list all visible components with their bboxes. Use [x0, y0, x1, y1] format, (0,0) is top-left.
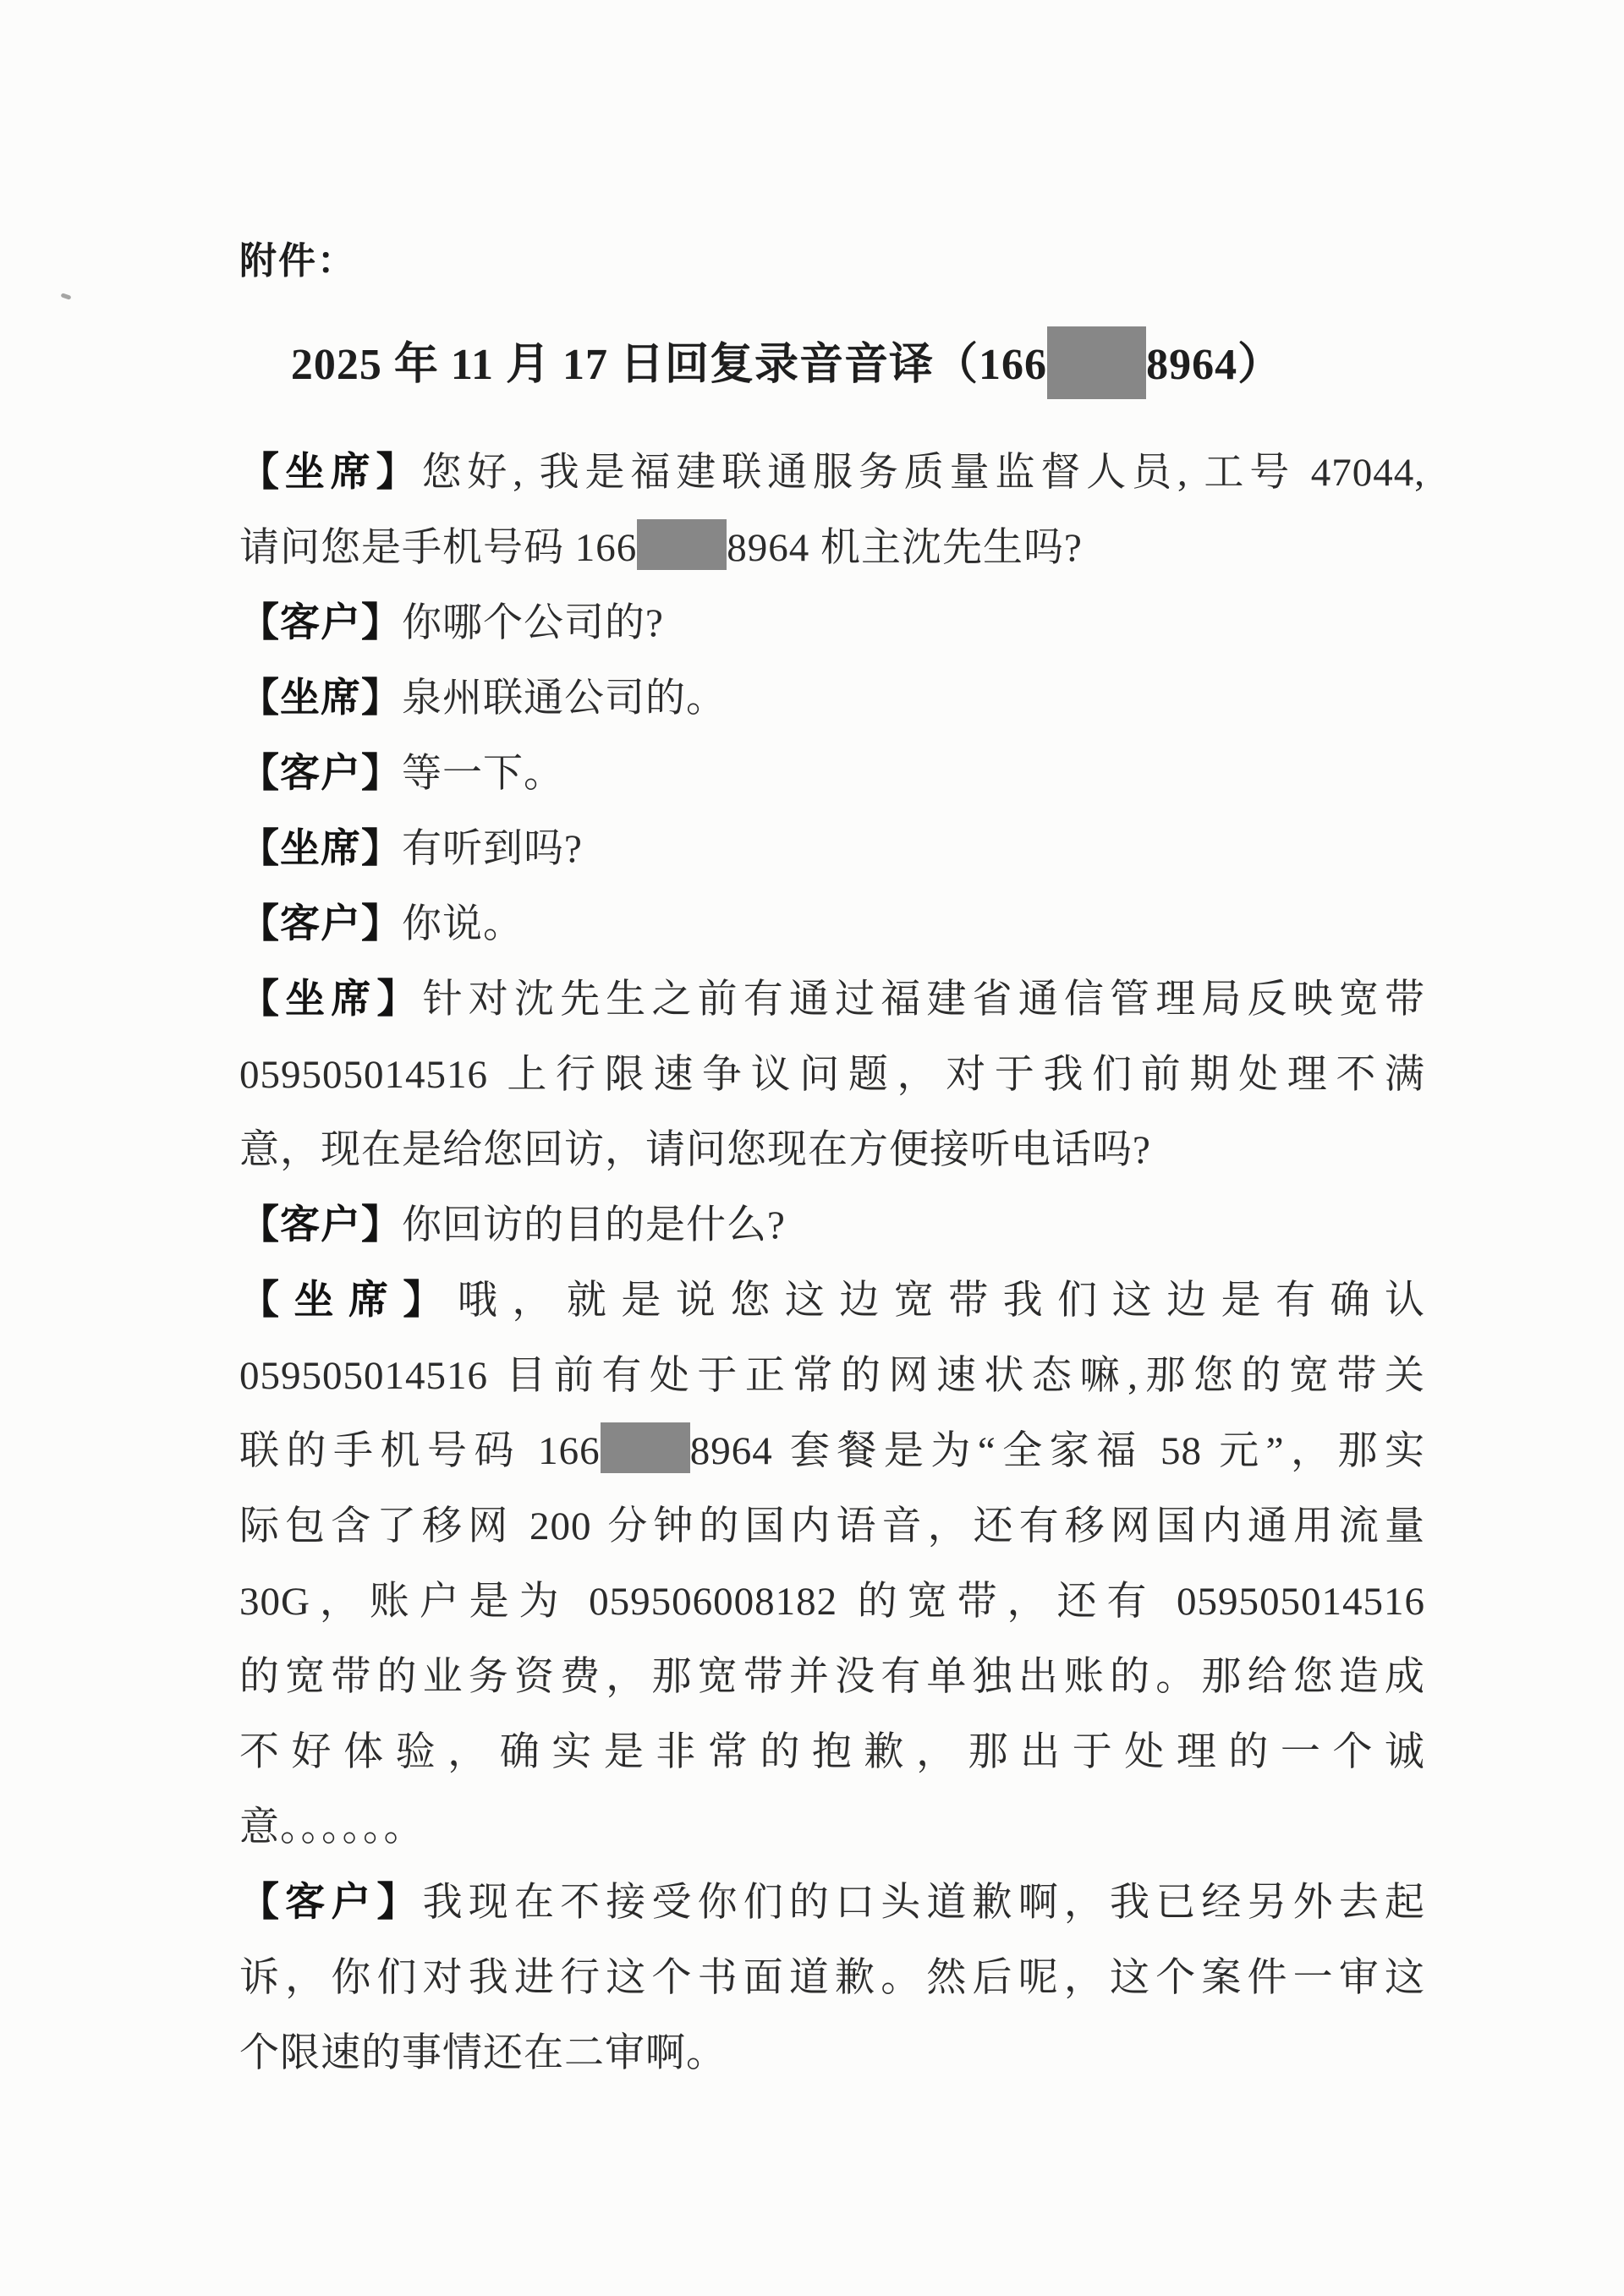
- transcript-line: 059505014516 目前有处于正常的网速状态嘛,那您的宽带关: [239, 1339, 1425, 1414]
- transcript-line: 请问您是手机号码 1668964 机主沈先生吗?: [239, 511, 1425, 586]
- transcript-line: 际包含了移网 200 分钟的国内语音，还有移网国内通用流量: [239, 1489, 1425, 1564]
- transcript-line: 【坐席】泉州联通公司的。: [239, 661, 1425, 737]
- speaker-label: 【客户】: [239, 902, 402, 946]
- transcript-line: 【坐席】有听到吗?: [239, 812, 1425, 887]
- document-title: 2025 年 11 月 17 日回复录音音译（1668964）: [169, 326, 1404, 404]
- transcript-text: 际包含了移网 200 分钟的国内语音，还有移网国内通用流量: [239, 1504, 1425, 1548]
- transcript-text: 8964 机主沈先生吗?: [727, 526, 1083, 570]
- transcript-lines: 【坐席】您好, 我是福建联通服务质量监督人员, 工号 47044,请问您是手机号…: [239, 436, 1425, 2091]
- transcript-text: 针对沈先生之前有通过福建省通信管理局反映宽带: [423, 978, 1425, 1022]
- transcript-line: 【客户】等一下。: [239, 737, 1425, 812]
- transcript-text: 您好, 我是福建联通服务质量监督人员, 工号 47044,: [422, 451, 1425, 495]
- transcript-line: 不好体验，确实是非常的抱歉，那出于处理的一个诚: [239, 1715, 1425, 1790]
- transcript-text: 你哪个公司的?: [402, 601, 664, 645]
- transcript-text: 的宽带的业务资费，那宽带并没有单独出账的。那给您造成: [239, 1655, 1425, 1699]
- transcript-text: 059505014516 目前有处于正常的网速状态嘛,那您的宽带关: [239, 1354, 1425, 1398]
- title-text-before-redaction: 2025 年 11 月 17 日回复录音音译（166: [291, 341, 1047, 389]
- transcript-line: 30G，账户是为 059506008182 的宽带，还有 05950501451…: [239, 1564, 1425, 1640]
- speaker-label: 【客户】: [239, 752, 402, 796]
- transcript-line: 059505014516 上行限速争议问题，对于我们前期处理不满: [239, 1038, 1425, 1113]
- speaker-label: 【坐席】: [239, 1279, 458, 1323]
- transcript-line: 【客户】你回访的目的是什么?: [239, 1188, 1425, 1263]
- scan-artifact-dot: [61, 293, 72, 299]
- transcript-text: 意，现在是给您回访，请问您现在方便接听电话吗?: [239, 1128, 1151, 1172]
- title-text-after-redaction: 8964）: [1146, 341, 1282, 389]
- transcript-line: 【客户】你哪个公司的?: [239, 586, 1425, 661]
- transcript-text: 联的手机号码 166: [239, 1429, 601, 1473]
- speaker-label: 【客户】: [239, 601, 402, 645]
- transcript-text: 诉，你们对我进行这个书面道歉。然后呢，这个案件一审这: [239, 1956, 1425, 2000]
- redaction-box: [601, 1422, 690, 1473]
- transcript-line: 【坐席】针对沈先生之前有通过福建省通信管理局反映宽带: [239, 962, 1425, 1038]
- transcript-text: 我现在不接受你们的口头道歉啊，我已经另外去起: [423, 1881, 1425, 1925]
- transcript-line: 意，现在是给您回访，请问您现在方便接听电话吗?: [239, 1113, 1425, 1188]
- transcript-text: 等一下。: [402, 752, 564, 796]
- redaction-box: [1047, 326, 1146, 399]
- transcript-line: 诉，你们对我进行这个书面道歉。然后呢，这个案件一审这: [239, 1941, 1425, 2016]
- transcript-line: 【客户】你说。: [239, 887, 1425, 962]
- transcript-text: 059505014516 上行限速争议问题，对于我们前期处理不满: [239, 1053, 1425, 1097]
- speaker-label: 【坐席】: [239, 827, 402, 871]
- transcript-text: 你说。: [402, 902, 524, 946]
- transcript-text: 个限速的事情还在二审啊。: [239, 2031, 727, 2075]
- attachment-label: 附件：: [239, 237, 356, 286]
- transcript-text: 泉州联通公司的。: [402, 677, 727, 721]
- transcript-text: 意。。。。。。: [239, 1806, 425, 1849]
- speaker-label: 【客户】: [239, 1881, 423, 1925]
- speaker-label: 【坐席】: [239, 451, 422, 495]
- transcript-line: 联的手机号码 1668964 套餐是为“全家福 58 元”，那实: [239, 1414, 1425, 1489]
- transcript-line: 【坐席】哦，就是说您这边宽带我们这边是有确认: [239, 1263, 1425, 1339]
- scanned-document-page: 附件： 2025 年 11 月 17 日回复录音音译（1668964） 【坐席】…: [0, 0, 1624, 2296]
- transcript-line: 【客户】我现在不接受你们的口头道歉啊，我已经另外去起: [239, 1866, 1425, 1941]
- transcript-line: 【坐席】您好, 我是福建联通服务质量监督人员, 工号 47044,: [239, 436, 1425, 511]
- speaker-label: 【客户】: [239, 1203, 402, 1247]
- redaction-box: [637, 519, 727, 570]
- transcript-text: 哦，就是说您这边宽带我们这边是有确认: [458, 1279, 1425, 1323]
- transcript-line: 意。。。。。。: [239, 1790, 1425, 1866]
- transcript-text: 不好体验，确实是非常的抱歉，那出于处理的一个诚: [239, 1730, 1425, 1774]
- speaker-label: 【坐席】: [239, 978, 423, 1022]
- transcript-line: 个限速的事情还在二审啊。: [239, 2016, 1425, 2091]
- transcript-text: 请问您是手机号码 166: [239, 526, 637, 570]
- transcript-text: 有听到吗?: [402, 827, 583, 871]
- speaker-label: 【坐席】: [239, 677, 402, 721]
- transcript-text: 30G，账户是为 059506008182 的宽带，还有 05950501451…: [239, 1580, 1425, 1624]
- transcript-line: 的宽带的业务资费，那宽带并没有单独出账的。那给您造成: [239, 1640, 1425, 1715]
- transcript-text: 8964 套餐是为“全家福 58 元”，那实: [690, 1429, 1425, 1473]
- transcript-text: 你回访的目的是什么?: [402, 1203, 786, 1247]
